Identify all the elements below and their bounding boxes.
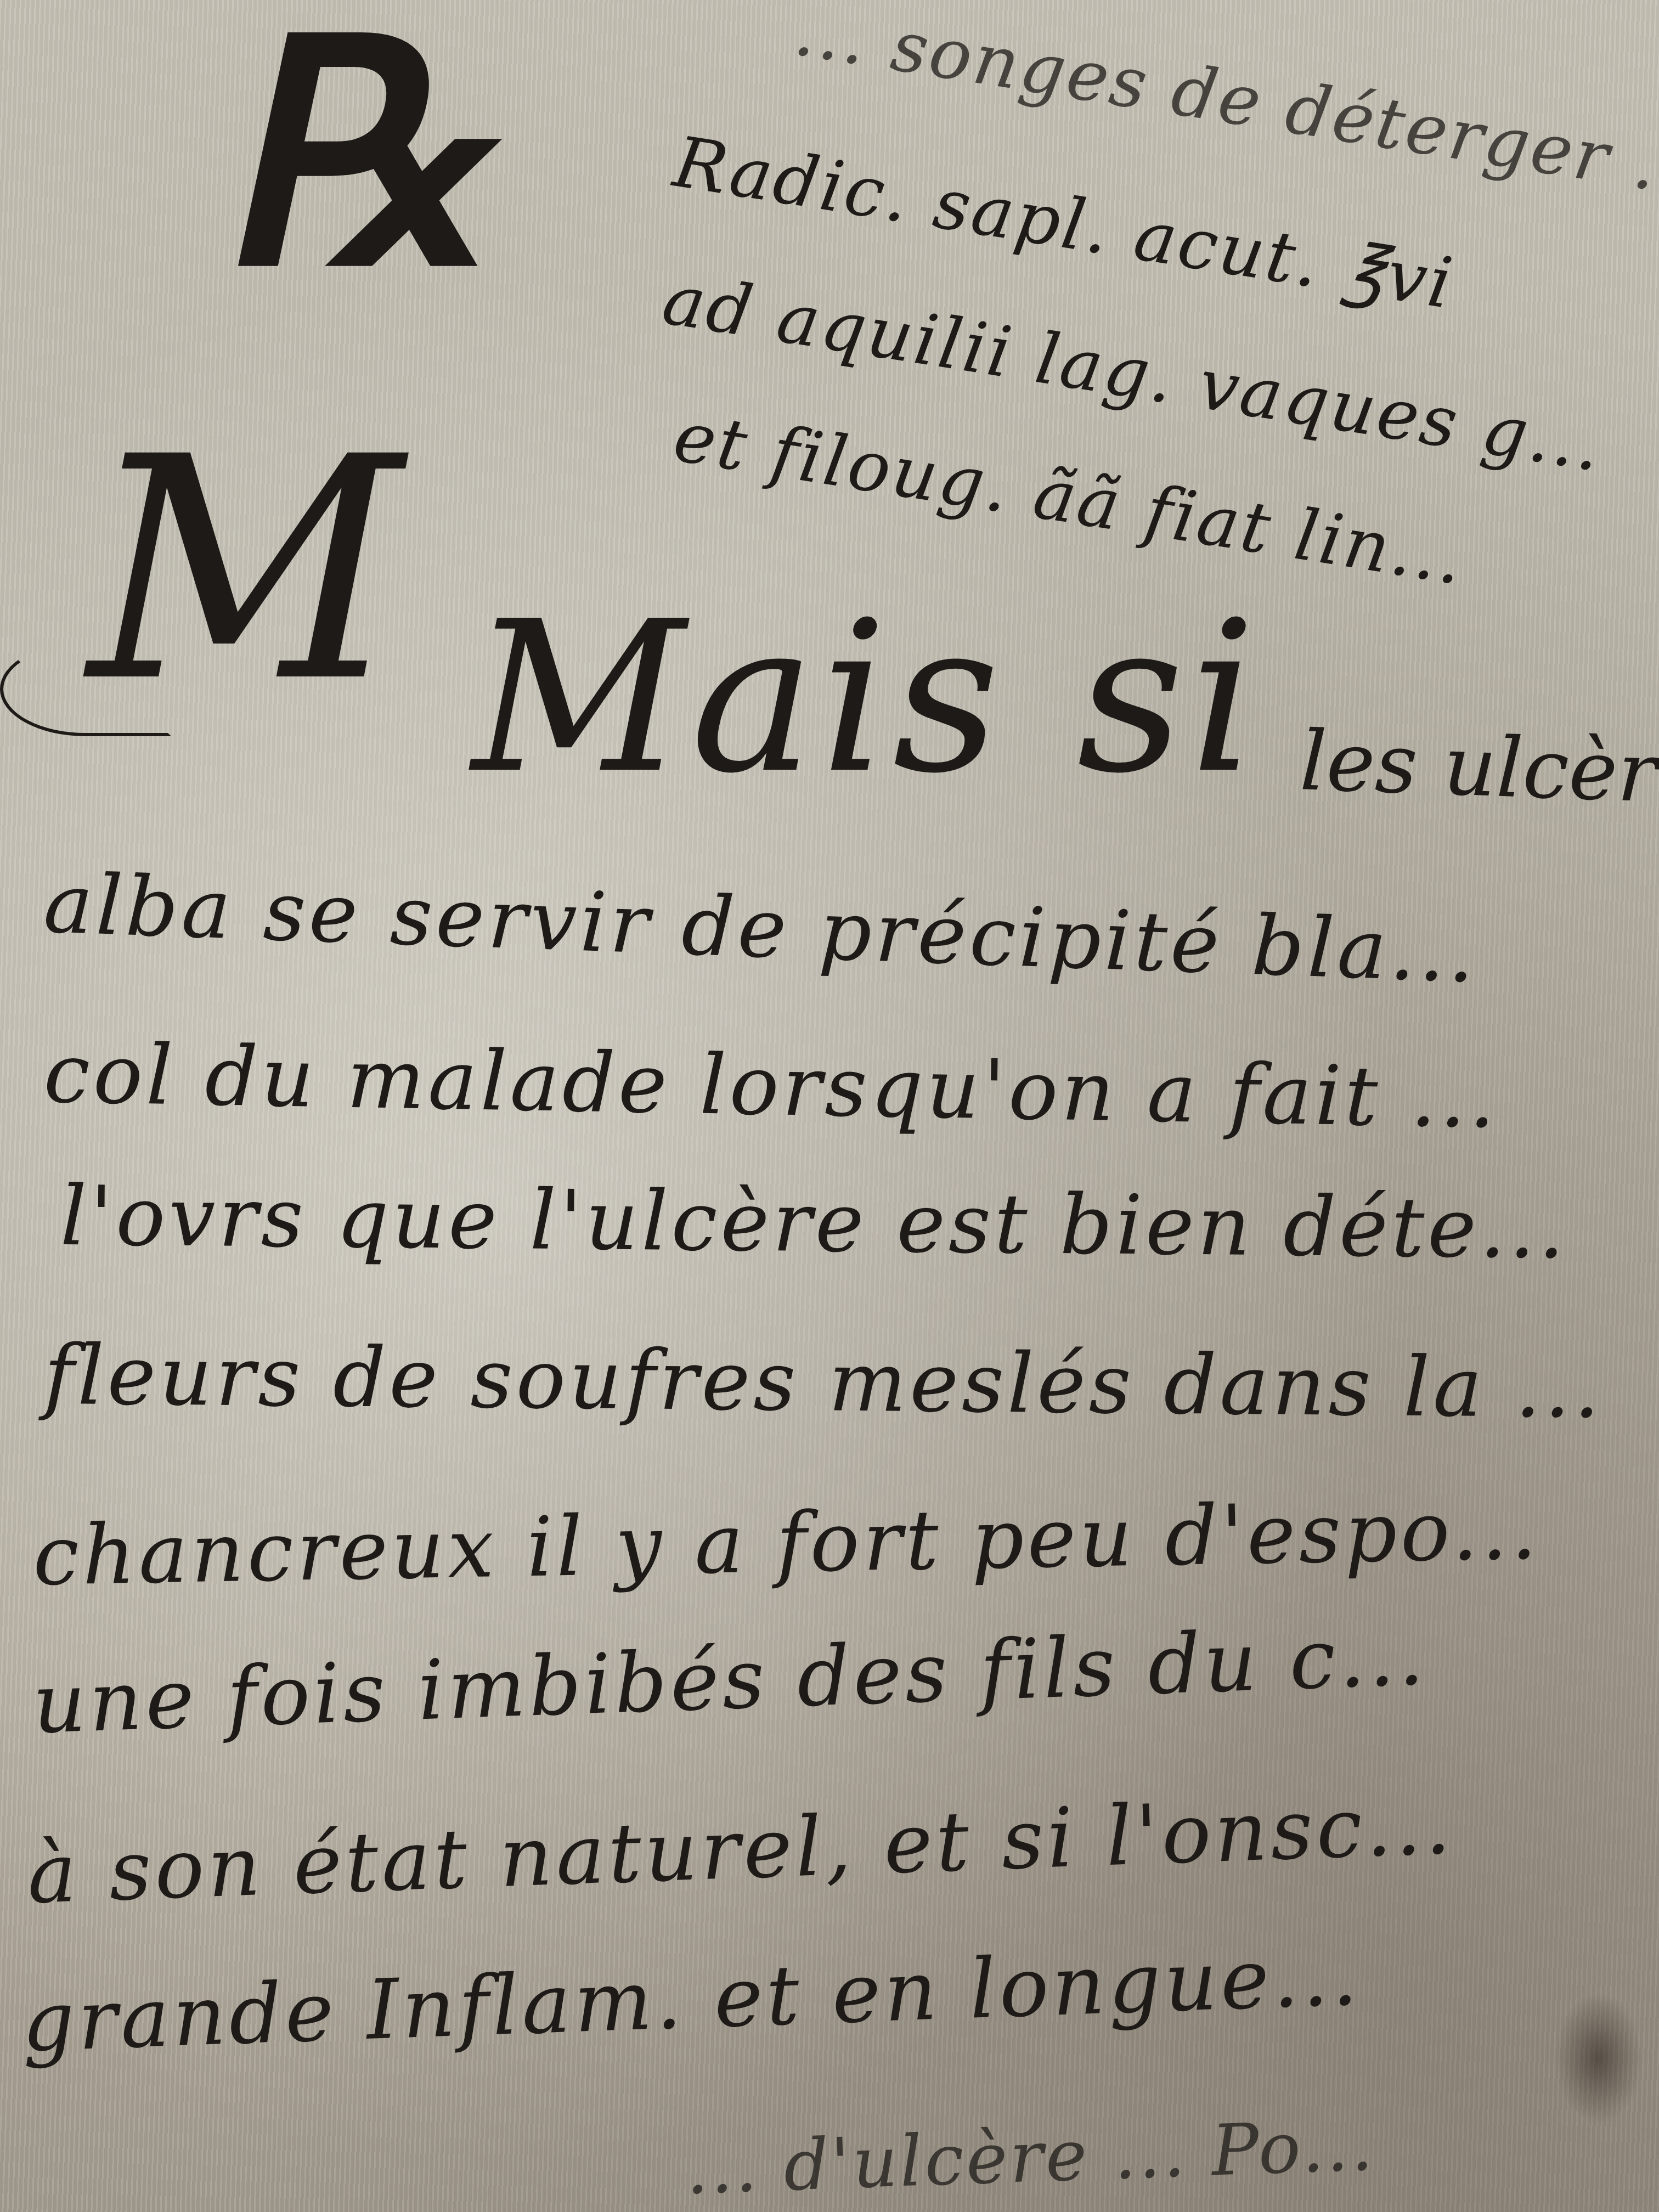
body-line-0: les ulcères [1299, 713, 1659, 824]
body-line-6: une fois imbibés des fils du c... [31, 1608, 1429, 1752]
manuscript-page: ℞ ... songes de déterger ... Radic. sapl… [0, 0, 1659, 2212]
body-line-1: alba se servir de précipité bla... [42, 856, 1480, 1001]
recipe-symbol-icon: ℞ [208, 0, 549, 307]
body-line-4: fleurs de soufres meslés dans la ... [43, 1328, 1604, 1437]
ink-blot [1555, 1993, 1643, 2124]
body-line-8: grande Inflam. et en longue... [20, 1928, 1362, 2070]
lead-words: Mais si [472, 576, 1262, 819]
body-line-7: à son état naturel, et si l'onsc... [26, 1777, 1455, 1922]
decorative-initial: M [88, 417, 397, 724]
body-line-3: l'ovrs que l'ulcère est bien déte... [60, 1169, 1568, 1277]
body-line-5: chancreux il y a fort peu d'espo... [32, 1482, 1541, 1604]
body-line-2: col du malade lorsqu'on a fait ... [43, 1026, 1499, 1147]
body-line-9: ... d'ulcère ... Po... [684, 2104, 1376, 2210]
